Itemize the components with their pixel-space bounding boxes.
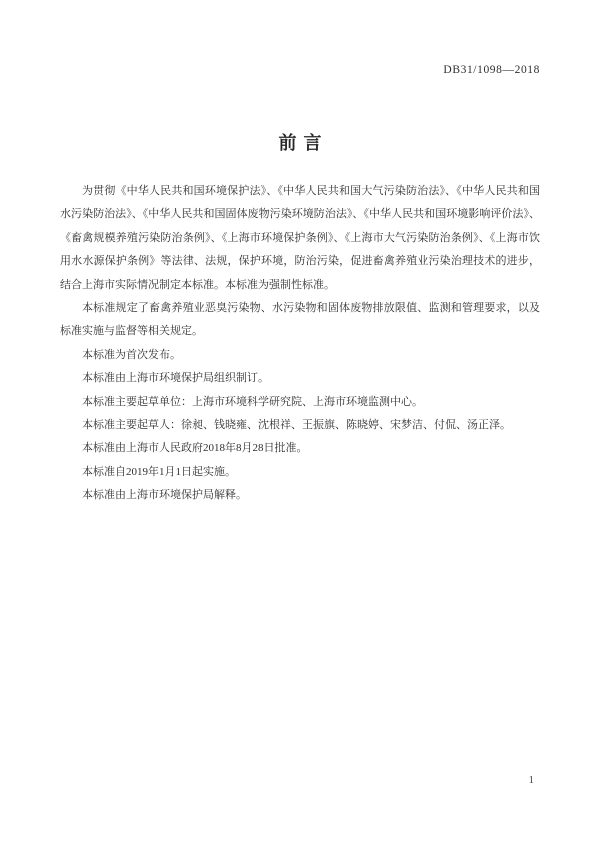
- page-title: 前言: [0, 129, 600, 155]
- paragraph-drafters: 本标准主要起草人：徐昶、钱晓雍、沈根祥、王振旗、陈晓婷、宋梦洁、付侃、汤正泽。: [60, 414, 540, 437]
- paragraph-effective-date: 本标准自2019年1月1日起实施。: [60, 461, 540, 484]
- paragraph-approval: 本标准由上海市人民政府2018年8月28日批准。: [60, 437, 540, 460]
- paragraph-organizer: 本标准由上海市环境保护局组织制订。: [60, 367, 540, 390]
- paragraph-scope: 本标准规定了畜禽养殖业恶臭污染物、水污染物和固体废物排放限值、监测和管理要求，以…: [60, 297, 540, 344]
- paragraph-interpretation: 本标准由上海市环境保护局解释。: [60, 484, 540, 507]
- document-page: DB31/1098—2018 前言 为贯彻《中华人民共和国环境保护法》、《中华人…: [0, 0, 600, 848]
- page-footer: 1: [0, 774, 534, 786]
- standard-number: DB31/1098—2018: [443, 64, 540, 76]
- paragraph-drafting-units: 本标准主要起草单位：上海市环境科学研究院、上海市环境监测中心。: [60, 391, 540, 414]
- page-header: DB31/1098—2018: [0, 64, 540, 76]
- page-number: 1: [529, 774, 535, 786]
- paragraph-first-release: 本标准为首次发布。: [60, 344, 540, 367]
- foreword-body: 为贯彻《中华人民共和国环境保护法》、《中华人民共和国大气污染防治法》、《中华人民…: [60, 180, 540, 508]
- paragraph-purpose: 为贯彻《中华人民共和国环境保护法》、《中华人民共和国大气污染防治法》、《中华人民…: [60, 180, 540, 297]
